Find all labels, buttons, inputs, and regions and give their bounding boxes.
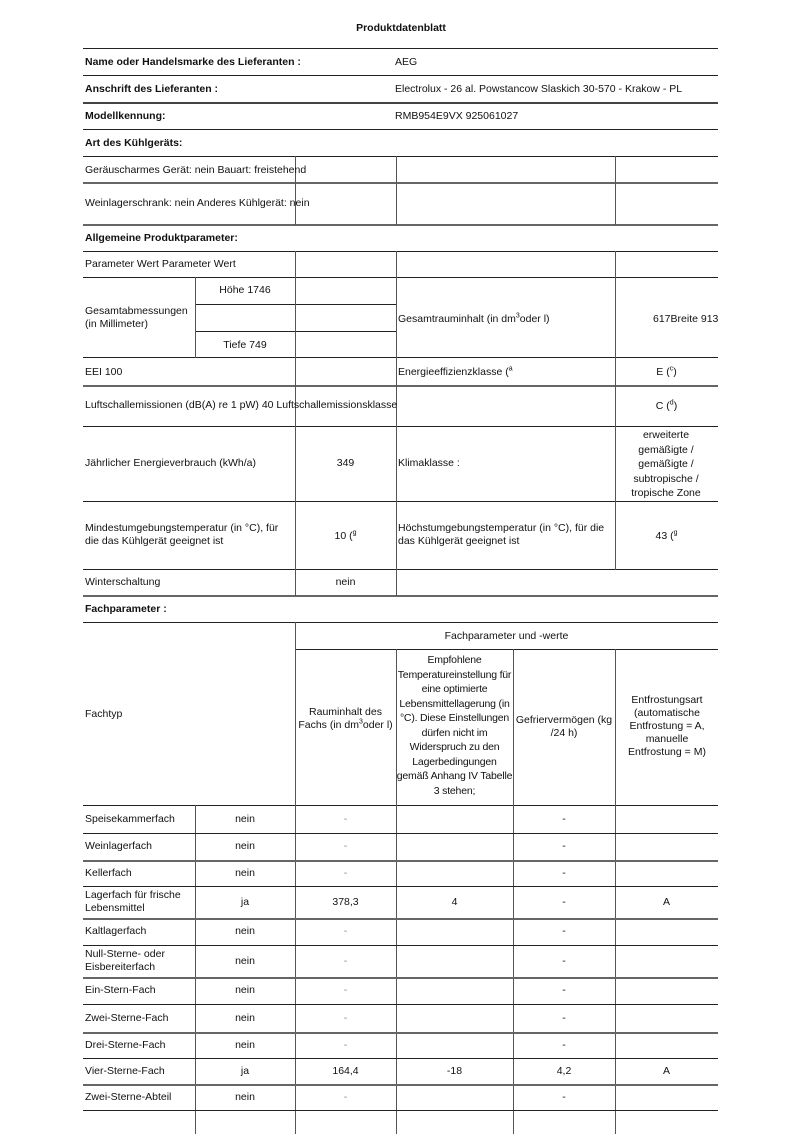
winter-value: nein	[295, 576, 396, 589]
document-title: Produktdatenblatt	[0, 22, 802, 35]
table-cell-temp	[396, 1033, 513, 1057]
table-cell-present: nein	[195, 1085, 295, 1109]
table-cell-present: nein	[195, 1033, 295, 1057]
divider	[83, 129, 718, 130]
table-cell-temp: 4	[396, 887, 513, 917]
table-cell-temp	[396, 946, 513, 976]
table-cell-volume: -	[295, 919, 396, 944]
table-cell-defrost	[615, 978, 718, 1003]
supplier-address-label: Anschrift des Lieferanten :	[85, 83, 218, 96]
table-cell-freeze: -	[513, 887, 615, 917]
model-value: RMB954E9VX 925061027	[395, 110, 518, 123]
table-cell-defrost	[615, 861, 718, 885]
table-cell-defrost	[615, 919, 718, 944]
table-cell-temp	[396, 978, 513, 1003]
height-value: Höhe 1746	[195, 284, 295, 297]
supplier-name-label: Name oder Handelsmarke des Lieferanten :	[85, 56, 301, 69]
appliance-type-row2: Weinlagerschrank: nein Anderes Kühlgerät…	[85, 197, 310, 210]
noise-label: Luftschallemissionen (dB(A) re 1 pW) 40 …	[85, 399, 397, 412]
column-line	[615, 156, 616, 225]
appliance-type-row1: Geräuscharmes Gerät: nein Bauart: freist…	[85, 164, 306, 177]
table-cell-temp	[396, 806, 513, 832]
table-cell-type: Drei-Sterne-Fach	[85, 1033, 193, 1057]
table-cell-defrost	[615, 1033, 718, 1057]
table-cell-temp	[396, 834, 513, 859]
divider	[295, 649, 718, 650]
energy-class-label: Energieeffizienzklasse (a	[398, 366, 513, 379]
divider	[83, 357, 718, 358]
column-line	[396, 426, 397, 596]
divider	[83, 102, 718, 104]
annual-energy-label: Jährlicher Energieverbrauch (kWh/a)	[85, 457, 256, 470]
divider	[83, 426, 718, 427]
table-cell-type: Vier-Sterne-Fach	[85, 1059, 193, 1083]
row-divider	[83, 1110, 718, 1111]
table-cell-volume: -	[295, 1085, 396, 1109]
table-cell-freeze: -	[513, 946, 615, 976]
table-cell-present: nein	[195, 1005, 295, 1031]
table-cell-temp	[396, 1005, 513, 1031]
column-line	[396, 156, 397, 225]
table-cell-freeze: -	[513, 1005, 615, 1031]
table-cell-present: nein	[195, 861, 295, 885]
supplier-address-value: Electrolux - 26 al. Powstancow Slaskich …	[395, 83, 682, 96]
general-heading: Allgemeine Produktparameter:	[85, 232, 238, 245]
max-temp-value: 43 (g	[615, 530, 718, 543]
table-cell-volume: -	[295, 834, 396, 859]
table-cell-type: Ein-Stern-Fach	[85, 978, 193, 1003]
energy-class-value: E (c)	[615, 366, 718, 379]
table-cell-present: nein	[195, 806, 295, 832]
divider	[83, 251, 718, 252]
table-cell-freeze: -	[513, 1085, 615, 1109]
table-cell-volume: -	[295, 1005, 396, 1031]
table-cell-present: nein	[195, 919, 295, 944]
table-cell-present: ja	[195, 887, 295, 917]
table-cell-type: Kaltlagerfach	[85, 919, 193, 944]
divider	[83, 385, 718, 387]
divider	[83, 224, 718, 226]
table-cell-defrost	[615, 1085, 718, 1109]
table-cell-defrost	[615, 806, 718, 832]
divider	[83, 595, 718, 597]
table-cell-type: Weinlagerfach	[85, 834, 193, 859]
min-temp-value: 10 (g	[295, 530, 396, 543]
winter-label: Winterschaltung	[85, 576, 160, 589]
table-cell-temp: -18	[396, 1059, 513, 1083]
depth-value: Tiefe 749	[195, 339, 295, 352]
table-cell-volume: 164,4	[295, 1059, 396, 1083]
table-cell-defrost	[615, 1005, 718, 1031]
divider	[83, 569, 718, 570]
dimensions-label: Gesamtabmessungen (in Millimeter)	[85, 305, 193, 331]
table-cell-type: Lagerfach für frische Lebensmittel	[85, 887, 193, 917]
col-header-freeze: Gefriervermögen (kg /24 h)	[513, 714, 615, 740]
max-temp-label: Höchstumgebungstemperatur (in °C), für d…	[398, 522, 610, 548]
table-cell-volume: -	[295, 861, 396, 885]
table-cell-present: nein	[195, 978, 295, 1003]
col-header-defrost: Entfrostungsart (automatische Entfrostun…	[620, 694, 714, 759]
table-cell-freeze: -	[513, 978, 615, 1003]
climate-label: Klimaklasse :	[398, 457, 460, 470]
compartments-group-header: Fachparameter und -werte	[295, 630, 718, 643]
annual-energy-value: 349	[295, 457, 396, 470]
divider	[83, 48, 718, 49]
table-cell-freeze: -	[513, 1033, 615, 1057]
table-cell-present: ja	[195, 1059, 295, 1083]
column-line	[615, 426, 616, 570]
total-volume-value: 617Breite 913	[653, 313, 718, 326]
table-cell-defrost	[615, 834, 718, 859]
table-cell-freeze: -	[513, 919, 615, 944]
table-cell-volume: -	[295, 978, 396, 1003]
table-cell-present: nein	[195, 946, 295, 976]
table-cell-temp	[396, 861, 513, 885]
table-cell-type: Speisekammerfach	[85, 806, 193, 832]
table-cell-temp	[396, 919, 513, 944]
divider	[83, 156, 718, 157]
appliance-type-heading: Art des Kühlgeräts:	[85, 137, 182, 150]
table-cell-freeze: -	[513, 861, 615, 885]
table-cell-type: Null-Sterne- oder Eisbereiterfach	[85, 946, 193, 976]
col-header-volume: Rauminhalt des Fachs (in dm3oder l)	[297, 706, 394, 732]
table-cell-volume: -	[295, 946, 396, 976]
total-volume-label: Gesamtrauminhalt (in dm3oder l)	[398, 313, 550, 326]
divider	[83, 622, 718, 623]
noise-class-value: C (d)	[615, 400, 718, 413]
divider	[83, 277, 718, 278]
table-cell-defrost	[615, 946, 718, 976]
table-cell-type: Kellerfach	[85, 861, 193, 885]
supplier-name-value: AEG	[395, 56, 417, 69]
divider	[83, 501, 718, 502]
table-cell-volume: 378,3	[295, 887, 396, 917]
table-cell-freeze: -	[513, 806, 615, 832]
col-header-type: Fachtyp	[85, 708, 122, 721]
min-temp-label: Mindestumgebungstemperatur (in °C), für …	[85, 522, 290, 548]
climate-value: erweiterte gemäßigte / gemäßigte / subtr…	[623, 428, 709, 501]
table-cell-type: Zwei-Sterne-Fach	[85, 1005, 193, 1031]
table-cell-defrost: A	[615, 1059, 718, 1083]
table-cell-temp	[396, 1085, 513, 1109]
table-cell-freeze: -	[513, 834, 615, 859]
divider	[83, 182, 718, 184]
table-cell-type: Zwei-Sterne-Abteil	[85, 1085, 193, 1109]
col-header-temp: Empfohlene Temperatureinstellung für ein…	[396, 653, 513, 798]
compartments-heading: Fachparameter :	[85, 603, 167, 616]
table-cell-volume: -	[295, 1033, 396, 1057]
eei-value: EEI 100	[85, 366, 122, 379]
table-cell-defrost: A	[615, 887, 718, 917]
general-header-row: Parameter Wert Parameter Wert	[85, 258, 236, 271]
column-line	[295, 426, 296, 596]
table-cell-volume: -	[295, 806, 396, 832]
divider	[83, 75, 718, 76]
model-label: Modellkennung:	[85, 110, 166, 123]
table-cell-freeze: 4,2	[513, 1059, 615, 1083]
table-cell-present: nein	[195, 834, 295, 859]
